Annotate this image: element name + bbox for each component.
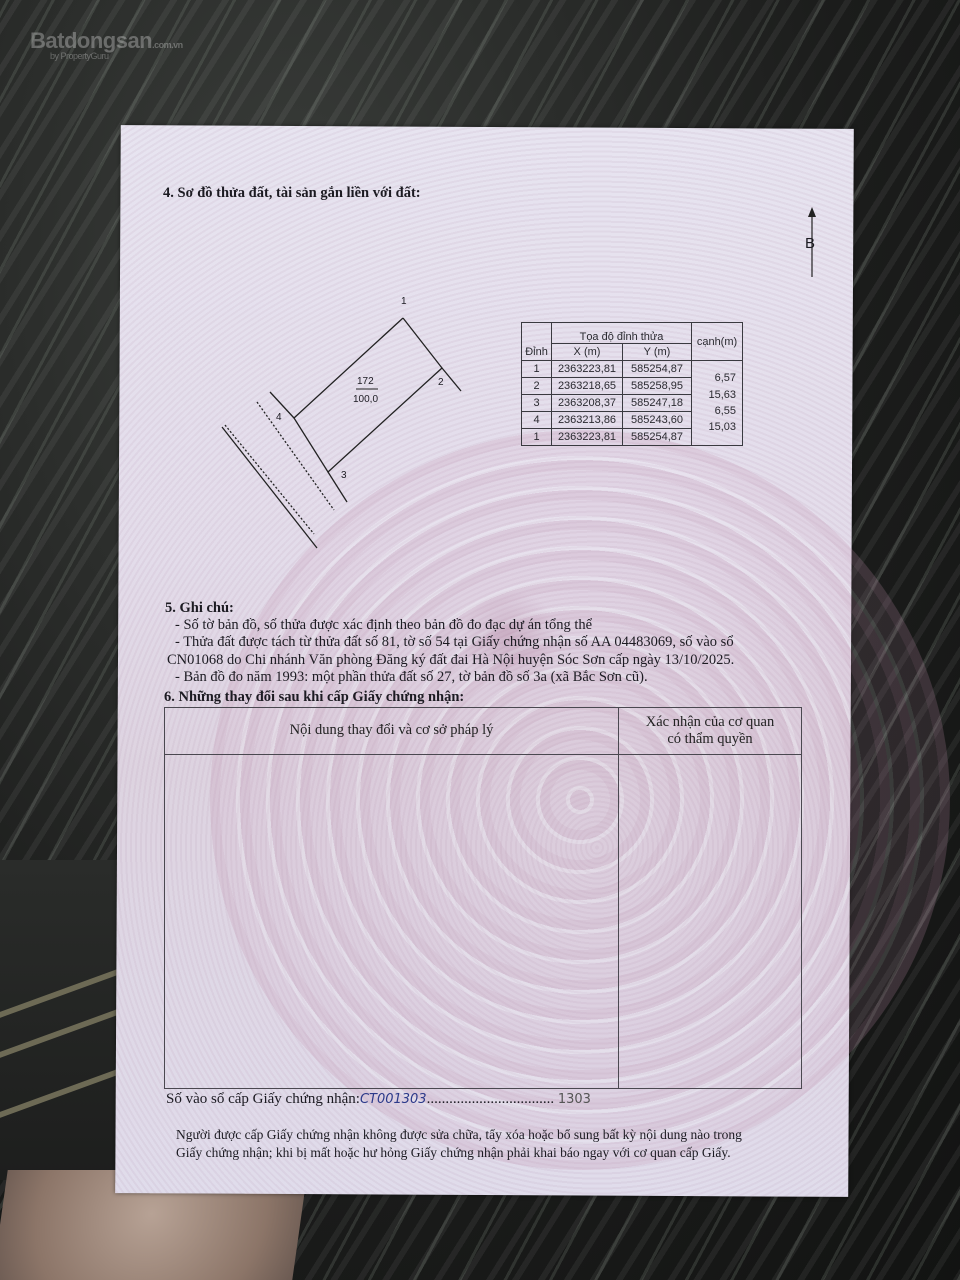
note-line: CN01068 do Chi nhánh Văn phòng Đăng ký đ… [167, 652, 734, 669]
y-cell: 585247,18 [623, 395, 692, 412]
x-cell: 2363223,81 [552, 361, 623, 378]
section-5-title: 5. Ghi chú: [165, 600, 234, 617]
registry-dots: .................................. [427, 1091, 555, 1107]
vertex-header: Đỉnh [522, 344, 552, 361]
edge-lengths-cell: 6,57 15,63 6,55 15,03 [692, 361, 743, 446]
confirm-header-line2: có thẩm quyền [667, 731, 752, 748]
x-cell: 2363218,65 [552, 378, 623, 395]
parcel-area: 100,0 [353, 394, 378, 405]
registry-handwritten: CT001303 [360, 1092, 427, 1107]
changes-table: Nội dung thay đổi và cơ sở pháp lý Xác n… [164, 707, 802, 1089]
registry-label: Số vào sổ cấp Giấy chứng nhận: [166, 1091, 360, 1107]
parcel-number: 172 [357, 376, 374, 387]
registry-line: Số vào sổ cấp Giấy chứng nhận:CT001303..… [166, 1091, 591, 1108]
vertex-label-4: 4 [276, 412, 282, 423]
x-cell: 2363213,86 [552, 412, 623, 429]
note-line: - Số tờ bản đồ, số thửa được xác định th… [175, 617, 592, 634]
vertex-cell: 3 [522, 395, 552, 412]
vertex-cell: 4 [522, 412, 552, 429]
y-header: Y (m) [623, 344, 692, 361]
changes-content-header: Nội dung thay đổi và cơ sở pháp lý [165, 708, 618, 754]
vertex-cell: 1 [522, 429, 552, 446]
edge-length: 6,55 [715, 405, 736, 417]
note-line: - Bản đồ đo năm 1993: một phần thửa đất … [175, 669, 648, 686]
changes-confirm-header: Xác nhận của cơ quan có thẩm quyền [619, 708, 801, 754]
section-6-title: 6. Những thay đổi sau khi cấp Giấy chứng… [164, 689, 464, 706]
x-header: X (m) [552, 344, 623, 361]
y-cell: 585258,95 [623, 378, 692, 395]
vertex-label-1: 1 [401, 296, 407, 307]
vertex-label-2: 2 [438, 377, 444, 388]
vertex-label-3: 3 [341, 470, 347, 481]
footer-note-line1: Người được cấp Giấy chứng nhận không đượ… [176, 1127, 742, 1143]
registry-number: 1303 [558, 1092, 591, 1107]
x-cell: 2363208,37 [552, 395, 623, 412]
x-cell: 2363223,81 [552, 429, 623, 446]
vertex-coordinate-table: Tọa độ đỉnh thửa cạnh(m) Đỉnh X (m) Y (m… [521, 322, 743, 446]
table-row: 1 2363223,81 585254,87 6,57 15,63 6,55 1… [522, 361, 743, 378]
edge-length: 6,57 [715, 372, 736, 384]
footer-note-line2: Giấy chứng nhận; khi bị mất hoặc hư hỏng… [176, 1145, 731, 1161]
confirm-header-line1: Xác nhận của cơ quan [646, 714, 774, 731]
note-line: - Thửa đất được tách từ thửa đất số 81, … [175, 634, 734, 651]
edge-length: 15,03 [708, 421, 736, 433]
y-cell: 585254,87 [623, 361, 692, 378]
coordinate-table-title: Tọa độ đỉnh thửa [552, 323, 692, 344]
edge-length: 15,63 [708, 389, 736, 401]
y-cell: 585243,60 [623, 412, 692, 429]
y-cell: 585254,87 [623, 429, 692, 446]
vertex-cell: 2 [522, 378, 552, 395]
edge-header: cạnh(m) [692, 323, 743, 361]
vertex-cell: 1 [522, 361, 552, 378]
